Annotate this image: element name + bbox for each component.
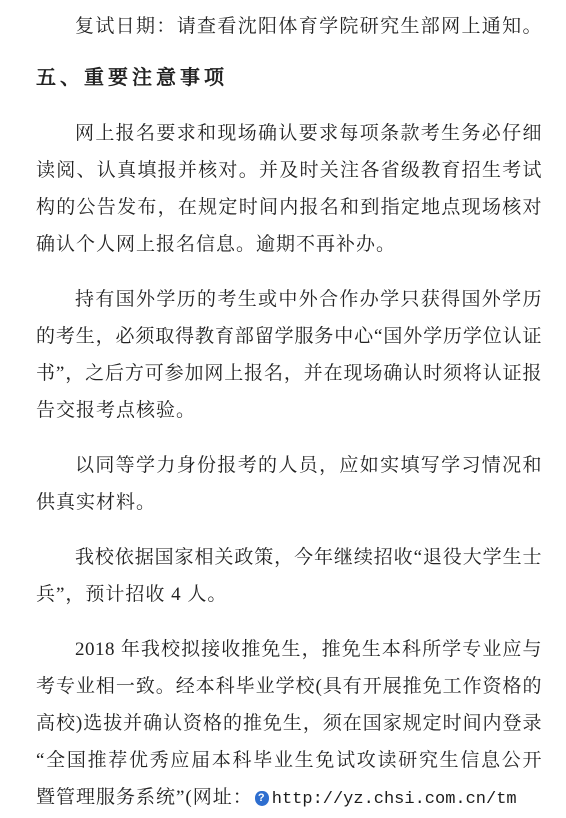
text-line: 构的公告发布，在规定时间内报名和到指定地点现场核对并 <box>36 189 542 226</box>
text-line: 兵”，预计招收 4 人。 <box>36 576 542 613</box>
text-line: 读阅、认真填报并核对。并及时关注各省级教育招生考试机 <box>36 152 542 189</box>
text-line: “全国推荐优秀应届本科毕业生免试攻读研究生信息公开 <box>36 742 542 779</box>
paragraph-recommended-exemption: 2018 年我校拟接收推免生，推免生本科所学专业应与报 考专业相一致。经本科毕业… <box>36 631 542 816</box>
text-line: 考专业相一致。经本科毕业学校(具有开展推免工作资格的 <box>36 668 542 705</box>
document-page: 复试日期：请查看沈阳体育学院研究生部网上通知。 五、重要注意事项 网上报名要求和… <box>0 0 566 818</box>
paragraph-online-registration: 网上报名要求和现场确认要求每项条款考生务必仔细 读阅、认真填报并核对。并及时关注… <box>36 115 542 263</box>
text-line: 的考生，必须取得教育部留学服务中心“国外学历学位认证 <box>36 318 542 355</box>
text-line-with-link: 暨管理服务系统”(网址：?http://yz.chsi.com.cn/tm <box>36 779 542 816</box>
text-line: 持有国外学历的考生或中外合作办学只获得国外学历 <box>36 281 542 318</box>
paragraph-retired-soldiers: 我校依据国家相关政策，今年继续招收“退役大学生士 兵”，预计招收 4 人。 <box>36 539 542 613</box>
text-line: 确认个人网上报名信息。逾期不再补办。 <box>36 226 542 263</box>
text-line: 供真实材料。 <box>36 484 542 521</box>
text-line: 2018 年我校拟接收推免生，推免生本科所学专业应与报 <box>36 631 542 668</box>
text-line: 书”，之后方可参加网上报名，并在现场确认时须将认证报 <box>36 355 542 392</box>
text-line: 我校依据国家相关政策，今年继续招收“退役大学生士 <box>36 539 542 576</box>
text-line: 高校)选拔并确认资格的推免生，须在国家规定时间内登录 <box>36 705 542 742</box>
text-line: 以同等学力身份报考的人员，应如实填写学习情况和提 <box>36 447 542 484</box>
paragraph-foreign-degree: 持有国外学历的考生或中外合作办学只获得国外学历 的考生，必须取得教育部留学服务中… <box>36 281 542 429</box>
hyperlink-badge-icon[interactable]: ? <box>255 791 269 806</box>
hyperlink-url[interactable]: http://yz.chsi.com.cn/tm <box>272 790 517 809</box>
section-heading: 五、重要注意事项 <box>36 60 542 97</box>
text-line: 网上报名要求和现场确认要求每项条款考生务必仔细 <box>36 115 542 152</box>
text-line: 告交报考点核验。 <box>36 392 542 429</box>
intro-line: 复试日期：请查看沈阳体育学院研究生部网上通知。 <box>36 8 542 45</box>
link-line-prefix: 暨管理服务系统”(网址： <box>36 787 253 808</box>
paragraph-equivalent-qualification: 以同等学力身份报考的人员，应如实填写学习情况和提 供真实材料。 <box>36 447 542 521</box>
